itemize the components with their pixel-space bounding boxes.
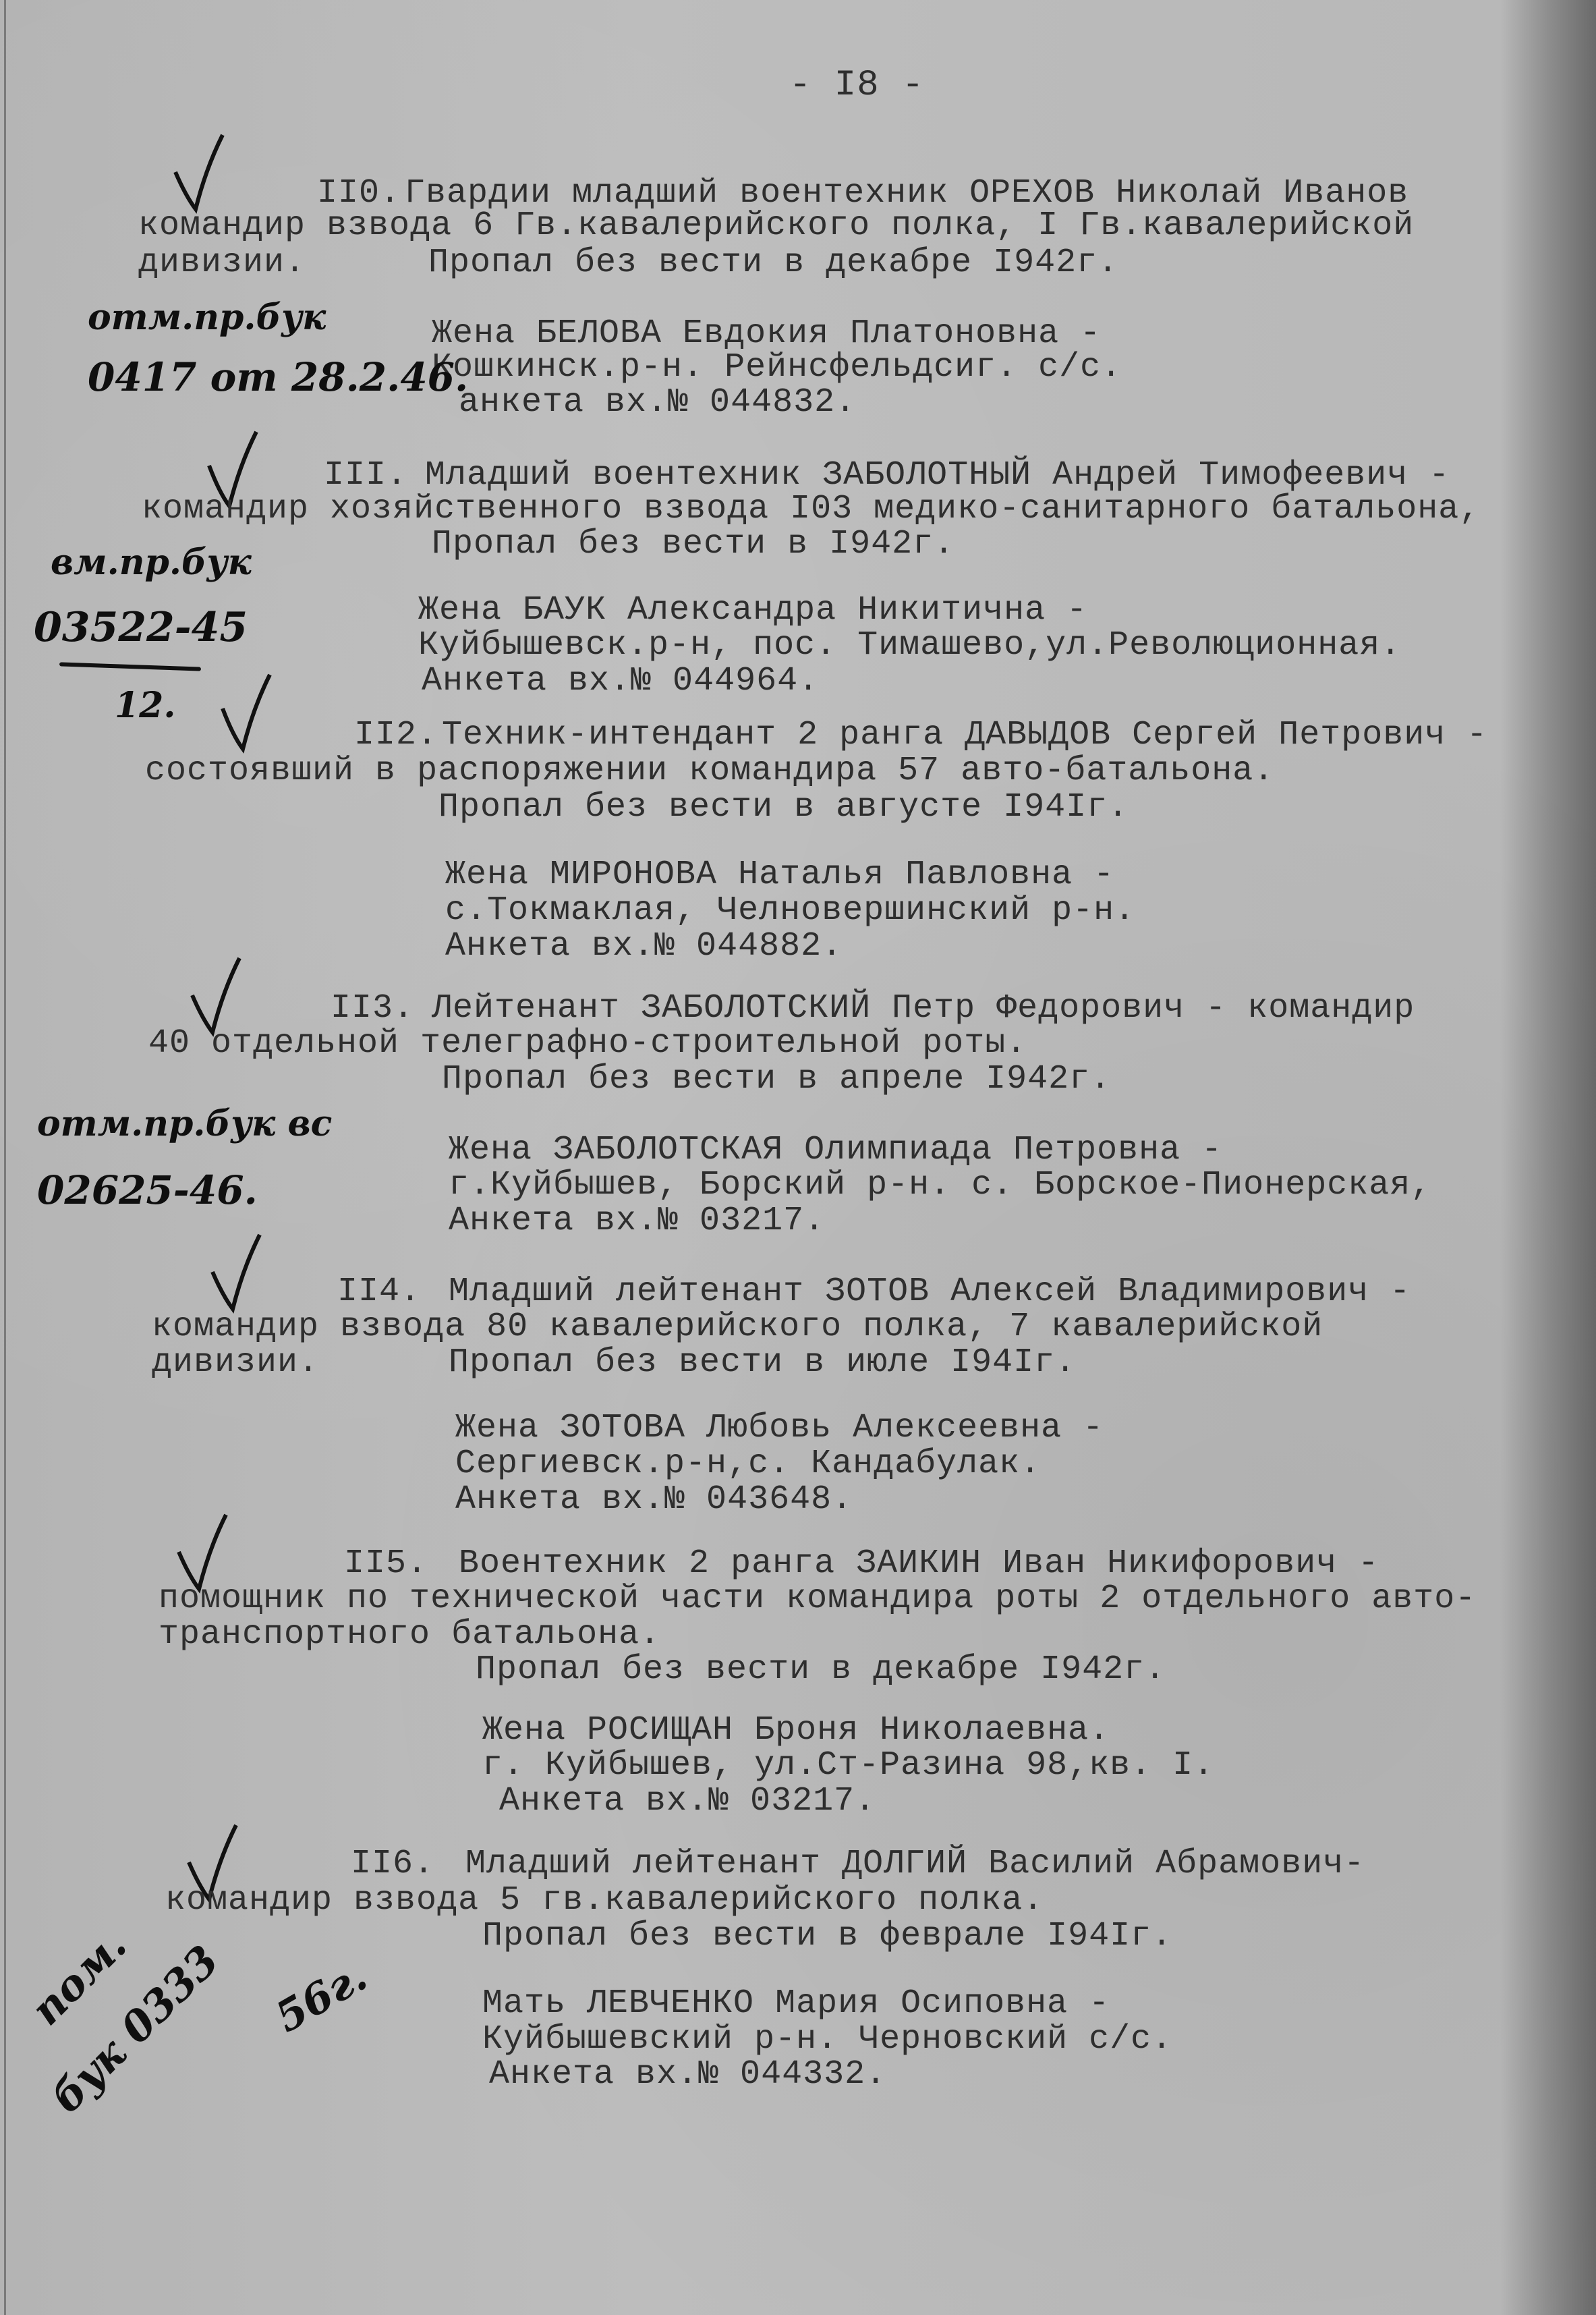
- entry-110-line-2: командир взвода 6 Гв.кавалерийского полк…: [138, 209, 1414, 243]
- entry-113-relative-1: Жена ЗАБОЛОТСКАЯ Олимпиада Петровна -: [449, 1134, 1222, 1167]
- entry-114-relative-1: Жена ЗОТОВА Любовь Алексеевна -: [455, 1412, 1104, 1445]
- entry-116-relative-1: Мать ЛЕВЧЕНКО Мария Осиповна -: [482, 1987, 1110, 2021]
- entry-110-relative-1: Жена БЕЛОВА Евдокия Платоновна -: [432, 317, 1101, 351]
- entry-115-line-2: помощник по технической части командира …: [159, 1582, 1476, 1616]
- entry-110-line-4: Пропал без вести в декабре I942г.: [428, 246, 1118, 280]
- entry-112-number: II2.: [354, 719, 438, 752]
- entry-111-line-1: Младший воентехник ЗАБОЛОТНЫЙ Андрей Тим…: [425, 459, 1450, 493]
- entry-115-relative-1: Жена РОСИЩАН Броня Николаевна.: [482, 1714, 1110, 1748]
- entry-111-handwritten-note-2: 03522-45: [34, 607, 248, 648]
- entry-111-relative-2: Куйбышевск.р-н, пос. Тимашево,ул.Революц…: [418, 629, 1401, 663]
- entry-113-handwritten-note-2: 02625-46.: [37, 1171, 258, 1210]
- entry-110-relative-2: Кошкинск.р-н. Рейнсфельдсиг. с/с.: [432, 351, 1122, 385]
- entry-115-line-1: Воентехник 2 ранга ЗАИКИН Иван Никифоров…: [459, 1547, 1379, 1581]
- entry-110-relative-3: анкета вх.№ 044832.: [459, 386, 856, 420]
- entry-112-relative-2: с.Токмаклая, Челновершинский р-н.: [445, 894, 1135, 928]
- entry-111-line-3: Пропал без вести в I942г.: [432, 528, 954, 561]
- entry-115-line-4: Пропал без вести в декабре I942г.: [476, 1653, 1166, 1687]
- entry-110-line-1: Гвардии младший воентехник ОРЕХОВ Никола…: [405, 177, 1408, 211]
- entry-114-line-4: Пропал без вести в июле I94Iг.: [449, 1346, 1076, 1380]
- entry-113-relative-2: г.Куйбышев, Борский р-н. с. Борское-Пион…: [449, 1169, 1431, 1202]
- page-number: - I8 -: [789, 67, 924, 104]
- entry-112-relative-1: Жена МИРОНОВА Наталья Павловна -: [445, 858, 1114, 892]
- entry-116-line-1: Младший лейтенант ДОЛГИЙ Василий Абрамов…: [465, 1847, 1365, 1881]
- entry-116-line-3: Пропал без вести в феврале I94Iг.: [482, 1920, 1172, 1953]
- entry-111-relative-3: Анкета вх.№ 044964.: [422, 665, 819, 698]
- entry-116-handwritten-note-3: 56г.: [269, 1955, 374, 2039]
- entry-111-handwritten-note-3: 12.: [115, 688, 175, 723]
- entry-116-relative-3: Анкета вх.№ 044332.: [489, 2058, 886, 2092]
- checkmark-icon: [206, 1235, 266, 1316]
- entry-113-relative-3: Анкета вх.№ 03217.: [449, 1204, 825, 1238]
- entry-111-relative-1: Жена БАУК Александра Никитична -: [418, 594, 1087, 627]
- entry-115-relative-3: Анкета вх.№ 03217.: [499, 1785, 876, 1818]
- entry-112-relative-3: Анкета вх.№ 044882.: [445, 930, 843, 964]
- entry-116-line-2: командир взвода 5 гв.кавалерийского полк…: [165, 1884, 1044, 1918]
- entry-115-line-3: транспортного батальона.: [159, 1618, 660, 1652]
- entry-113-handwritten-note-1: отм.пр.бук вс: [37, 1107, 332, 1142]
- entry-113-line-3: Пропал без вести в апреле I942г.: [442, 1063, 1111, 1096]
- entry-112-line-1: Техник-интендант 2 ранга ДАВЫДОВ Сергей …: [442, 719, 1487, 752]
- entry-114-line-2: командир взвода 80 кавалерийского полка,…: [152, 1310, 1323, 1344]
- entry-114-line-3: дивизии.: [152, 1346, 319, 1380]
- entry-110-handwritten-note-1: отм.пр.бук: [88, 300, 326, 335]
- checkmark-icon: [169, 135, 229, 216]
- entry-115-relative-2: г. Куйбышев, ул.Ст-Разина 98,кв. I.: [482, 1749, 1214, 1783]
- entry-113-line-1: Лейтенант ЗАБОЛОТСКИЙ Петр Федорович - к…: [432, 992, 1415, 1026]
- entry-113-line-2: 40 отдельной телеграфно-строительной рот…: [148, 1027, 1027, 1061]
- entry-110-handwritten-note-2: 0417 от 28.2.46.: [88, 358, 468, 397]
- entry-114-relative-2: Сергиевск.р-н,с. Кандабулак.: [455, 1447, 1041, 1481]
- entry-112-line-3: Пропал без вести в августе I94Iг.: [438, 791, 1129, 825]
- entry-114-number: II4.: [337, 1275, 421, 1309]
- entry-114-line-1: Младший лейтенант ЗОТОВ Алексей Владимир…: [449, 1275, 1410, 1309]
- entry-111-line-2: командир хозяйственного взвода I03 медик…: [142, 493, 1480, 526]
- entry-110-number: II0.: [317, 177, 401, 211]
- entry-111-handwritten-note-1: вм.пр.бук: [51, 545, 252, 580]
- checkmark-icon: [216, 675, 277, 756]
- entry-115-number: II5.: [344, 1547, 428, 1581]
- entry-114-relative-3: Анкета вх.№ 043648.: [455, 1483, 853, 1517]
- entry-116-relative-2: Куйбышевский р-н. Черновский с/с.: [482, 2023, 1172, 2057]
- entry-111-number: III.: [324, 459, 407, 493]
- entry-112-line-2: состоявший в распоряжении командира 57 а…: [145, 754, 1274, 788]
- entry-113-number: II3.: [331, 992, 414, 1026]
- entry-116-number: II6.: [351, 1847, 434, 1881]
- entry-110-line-3: дивизии.: [138, 246, 306, 280]
- page-left-edge: [4, 0, 6, 2315]
- handwritten-underline: [59, 662, 201, 671]
